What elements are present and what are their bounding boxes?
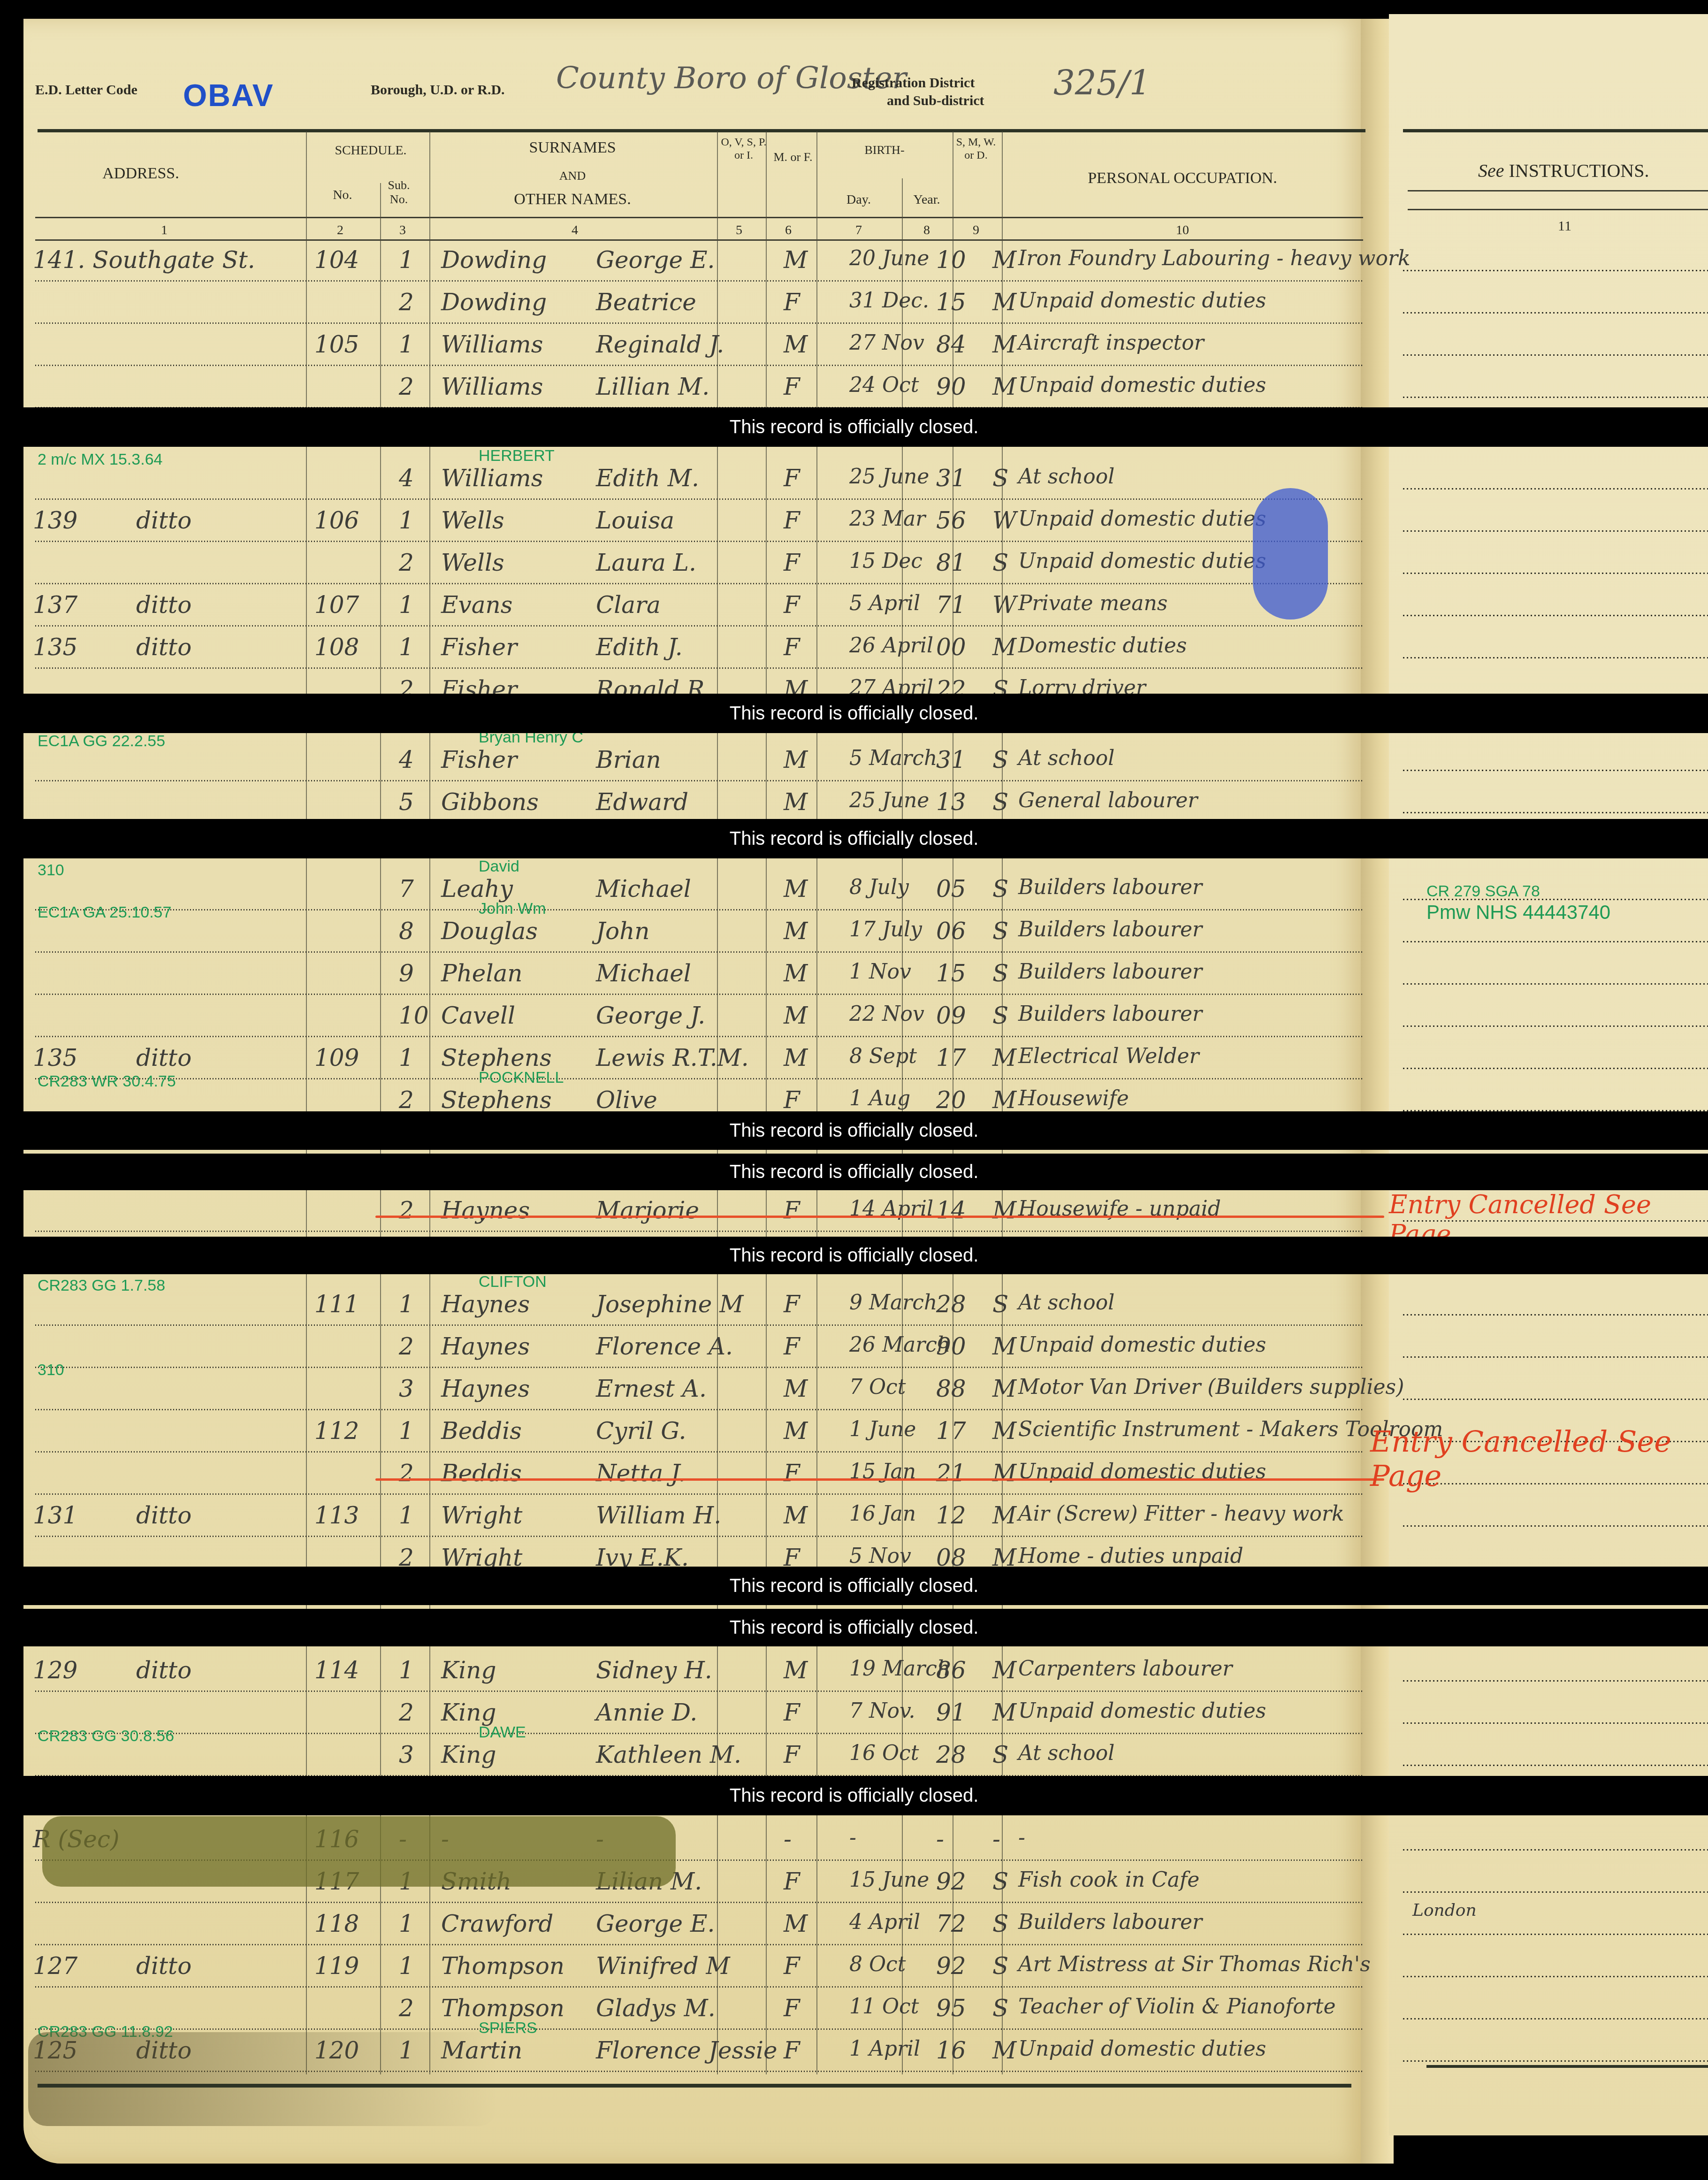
closed-record-banner: This record is officially closed. — [0, 1111, 1708, 1150]
table-row: 1121BeddisCyril G.M1 June17MScientific I… — [28, 1413, 1365, 1454]
row-rule — [35, 994, 1363, 995]
cell-day: - — [849, 1826, 856, 1850]
cell-day: 5 Nov — [849, 1544, 911, 1568]
instructions-row-rule — [1403, 1068, 1708, 1069]
instructions-row-rule — [1403, 615, 1708, 616]
cell-occupation: Motor Van Driver (Builders supplies) — [1018, 1375, 1404, 1399]
cell-year: 86 — [936, 1657, 966, 1684]
instructions-row-rule — [1403, 812, 1708, 813]
col-sub-no: Sub. No. — [382, 178, 415, 207]
cell-day: 8 Oct — [849, 1952, 906, 1976]
cell-sub: 4 — [399, 465, 414, 492]
cell-schedule: 108 — [314, 634, 359, 661]
cell-surname: Haynes — [441, 1375, 530, 1402]
cell-marital: M — [992, 1502, 1016, 1529]
cell-marital: S — [992, 1995, 1008, 2022]
cell-occupation: At school — [1018, 1291, 1114, 1315]
name-amendment-annotation: John Wm — [479, 900, 546, 918]
row-rule — [35, 1036, 1363, 1037]
cell-marital: S — [992, 1291, 1008, 1318]
cell-surname: Dowding — [441, 289, 547, 316]
cell-sub: 1 — [399, 1502, 414, 1529]
col-names-2: AND — [436, 169, 709, 183]
margin-note: 2 m/c MX 15.3.64 — [38, 451, 162, 469]
cell-marital: M — [992, 1375, 1016, 1402]
cell-occupation: Unpaid domestic duties — [1018, 1699, 1266, 1723]
row-rule — [35, 280, 1363, 282]
cell-year: 00 — [936, 634, 966, 661]
cell-sex: F — [784, 1291, 800, 1318]
cell-surname: Wright — [441, 1502, 522, 1529]
cell-marital: M — [992, 246, 1016, 274]
table-row: 8DouglasJohnM17 July06SBuilders labourer… — [28, 913, 1365, 954]
header-rule-right — [1403, 129, 1708, 132]
cell-marital: S — [992, 788, 1008, 816]
instructions-row-rule — [1403, 1680, 1708, 1682]
cell-sex: M — [784, 1417, 808, 1445]
name-amendment-annotation: HERBERT — [479, 447, 555, 465]
cell-surname: Cavell — [441, 1002, 515, 1029]
registration-district-label: Registration District — [852, 75, 975, 91]
cell-year: 90 — [936, 373, 966, 400]
cell-day: 5 April — [849, 591, 920, 615]
col-ovsp: O, V, S, P. or I. — [720, 136, 767, 162]
cell-schedule: 119 — [314, 1952, 359, 1980]
cell-marital: M — [992, 1657, 1016, 1684]
subheader-rule — [35, 217, 1363, 218]
cell-occupation: Builders labourer — [1018, 875, 1202, 899]
name-amendment-annotation: DAWE — [479, 1723, 526, 1742]
cell-sub: 1 — [399, 591, 414, 619]
cell-surname: Thompson — [441, 1995, 564, 2022]
cell-sub: 1 — [399, 331, 414, 358]
cell-marital: S — [992, 875, 1008, 903]
cell-first: Edith M. — [596, 465, 699, 492]
cell-day: 26 April — [849, 634, 933, 658]
instructions-row-rule — [1403, 312, 1708, 314]
instructions-row-rule — [1403, 1891, 1708, 1893]
cell-surname: King — [441, 1657, 496, 1684]
cell-address: 131 — [33, 1502, 77, 1529]
closed-record-banner: This record is officially closed. — [0, 819, 1708, 858]
table-row: 9PhelanMichaelM1 Nov15SBuilders labourer — [28, 955, 1365, 996]
col-number-8: 8 — [917, 223, 936, 238]
table-row: 2DowdingBeatriceF31 Dec.15MUnpaid domest… — [28, 284, 1365, 325]
cell-occupation: Carpenters labourer — [1018, 1657, 1232, 1681]
cell-day: 7 Nov. — [849, 1699, 915, 1723]
cell-day: 19 March — [849, 1657, 950, 1681]
table-row: 139ditto1061WellsLouisaF23 Mar56WUnpaid … — [28, 502, 1365, 543]
cell-year: 14 — [936, 1197, 966, 1224]
cell-day: 26 March — [849, 1333, 950, 1357]
registration-district-value: 325/1 — [1053, 63, 1151, 103]
cell-sex: M — [784, 246, 808, 274]
cell-surname: Williams — [441, 373, 543, 400]
cell-occupation: At school — [1018, 746, 1114, 770]
cell-sex: F — [784, 1086, 800, 1114]
cell-year: 17 — [936, 1417, 966, 1445]
cell-year: 16 — [936, 2037, 966, 2064]
col-occupation: PERSONAL OCCUPATION. — [1004, 169, 1361, 187]
cell-marital: M — [992, 1333, 1016, 1360]
entry-cancelled-note-2: Entry Cancelled See Page — [1370, 1424, 1708, 1493]
cell-ditto: ditto — [136, 1502, 191, 1529]
cell-first: Olive — [596, 1086, 657, 1114]
cell-occupation: Builders labourer — [1018, 1002, 1202, 1026]
name-amendment-annotation: David — [479, 857, 519, 876]
row-rule — [35, 322, 1363, 324]
cell-first: Florence A. — [596, 1333, 733, 1360]
cell-year: 15 — [936, 289, 966, 316]
cell-occupation: Home - duties unpaid — [1018, 1544, 1243, 1568]
col-number-7: 7 — [849, 223, 868, 238]
cell-marital: S — [992, 918, 1008, 945]
margin-note: EC1A GA 25.10.57 — [38, 903, 171, 922]
cell-year: 06 — [936, 918, 966, 945]
cell-surname: Haynes — [441, 1197, 530, 1224]
cell-first: Michael — [596, 875, 691, 903]
cell-sex: M — [784, 1910, 808, 1937]
row-rule — [35, 1986, 1363, 1988]
cell-sub: 1 — [399, 1952, 414, 1980]
cell-marital: M — [992, 1699, 1016, 1726]
table-row: 4WilliamsEdith M.F25 June31SAt schoolHER… — [28, 460, 1365, 501]
cancellation-strike — [375, 1478, 1384, 1481]
cell-year: 13 — [936, 788, 966, 816]
cell-sex: M — [784, 788, 808, 816]
cell-sex: M — [784, 1502, 808, 1529]
cell-year: 81 — [936, 549, 966, 576]
cell-schedule: 105 — [314, 331, 359, 358]
cell-first: John — [596, 918, 650, 945]
cell-year: 05 — [936, 875, 966, 903]
cell-year: 12 — [936, 1502, 966, 1529]
cell-sub: 4 — [399, 746, 414, 773]
cell-sex: M — [784, 875, 808, 903]
cell-surname: Dowding — [441, 246, 547, 274]
cell-sub: 1 — [399, 634, 414, 661]
cell-first: Florence Jessie — [596, 2037, 778, 2064]
col-address: ADDRESS. — [70, 164, 211, 183]
table-row: 137ditto1071EvansClaraF5 April71WPrivate… — [28, 587, 1365, 628]
row-rule — [35, 1536, 1363, 1537]
row-rule — [35, 1690, 1363, 1692]
cell-first: Cyril G. — [596, 1417, 686, 1445]
col-number-10: 10 — [1173, 223, 1192, 238]
row-rule — [35, 1367, 1363, 1368]
cell-surname: Williams — [441, 331, 543, 358]
footer-rule-right — [1426, 2065, 1708, 2068]
cell-occupation: Air (Screw) Fitter - heavy work — [1018, 1502, 1344, 1526]
cell-first: William H. — [596, 1502, 721, 1529]
cell-year: 71 — [936, 591, 966, 619]
margin-note: CR283 GG 1.7.58 — [38, 1277, 165, 1295]
cell-first: Netta J. — [596, 1460, 686, 1487]
cell-occupation: Unpaid domestic duties — [1018, 1333, 1266, 1357]
row-rule — [35, 951, 1363, 953]
margin-note: 310 — [38, 861, 64, 880]
cell-occupation: Domestic duties — [1018, 634, 1187, 658]
instructions-row-rule — [1403, 941, 1708, 942]
table-row: 7LeahyMichaelM8 July05SBuilders labourer… — [28, 871, 1365, 912]
row-rule — [35, 541, 1363, 542]
cell-marital: S — [992, 549, 1008, 576]
cell-first: Lillian M. — [596, 373, 709, 400]
row-rule — [35, 1451, 1363, 1453]
col-schedule-no: No. — [312, 188, 373, 203]
instructions-page — [1389, 14, 1708, 2135]
cell-address: 141. Southgate St. — [33, 246, 255, 274]
cell-occupation: Unpaid domestic duties — [1018, 507, 1266, 531]
cell-occupation: Unpaid domestic duties — [1018, 289, 1266, 313]
cell-sex: F — [784, 1699, 800, 1726]
cell-occupation: Iron Foundry Labouring - heavy work — [1018, 246, 1411, 270]
col-names-3: OTHER NAMES. — [436, 190, 709, 208]
cell-year: 21 — [936, 1460, 966, 1487]
table-row: 129ditto1141KingSidney H.M19 March86MCar… — [28, 1652, 1365, 1693]
rp-rule-2 — [1408, 209, 1708, 210]
cell-sub: 2 — [399, 1333, 414, 1360]
instructions-row-rule — [1403, 1765, 1708, 1766]
cell-year: 84 — [936, 331, 966, 358]
cell-address: 135 — [33, 1044, 77, 1071]
row-rule — [35, 1324, 1363, 1326]
name-amendment-annotation: CLIFTON — [479, 1273, 547, 1291]
cell-day: 15 June — [849, 1868, 929, 1892]
cell-marital: M — [992, 1197, 1016, 1224]
cell-day: 31 Dec. — [849, 289, 929, 313]
cell-marital: M — [992, 1417, 1016, 1445]
cell-surname: King — [441, 1741, 496, 1768]
cell-sub: 3 — [399, 1375, 414, 1402]
cell-ditto: ditto — [136, 591, 191, 619]
closed-record-banner: This record is officially closed. — [0, 1237, 1708, 1274]
cell-day: 1 Nov — [849, 960, 911, 984]
cell-schedule: 112 — [314, 1417, 359, 1445]
cell-surname: Stephens — [441, 1086, 552, 1114]
row-rule — [35, 1078, 1363, 1079]
cell-first: George E. — [596, 246, 715, 274]
cell-surname: Fisher — [441, 746, 517, 773]
cell-schedule: 109 — [314, 1044, 359, 1071]
cell-surname: Wells — [441, 507, 504, 534]
col-marital: S, M, W. or D. — [953, 136, 999, 162]
cell-marital: S — [992, 465, 1008, 492]
cell-surname: Beddis — [441, 1417, 522, 1445]
cell-ditto: ditto — [136, 1657, 191, 1684]
cell-sub: 1 — [399, 1657, 414, 1684]
cell-first: Ernest A. — [596, 1375, 707, 1402]
cell-first: Laura L. — [596, 549, 696, 576]
cell-year: 09 — [936, 1002, 966, 1029]
cell-marital: S — [992, 1868, 1008, 1895]
cell-marital: M — [992, 2037, 1016, 2064]
instructions-row-rule — [1403, 657, 1708, 658]
row-rule — [35, 1733, 1363, 1734]
cell-marital: M — [992, 373, 1016, 400]
cell-sub: 3 — [399, 1741, 414, 1768]
table-row: 131ditto1131WrightWilliam H.M16 Jan12MAi… — [28, 1497, 1365, 1538]
cell-address: 139 — [33, 507, 77, 534]
cell-schedule: 104 — [314, 246, 359, 274]
cell-surname: Wells — [441, 549, 504, 576]
cell-sub: 2 — [399, 1197, 414, 1224]
cell-sex: F — [784, 373, 800, 400]
borough-label: Borough, U.D. or R.D. — [371, 82, 505, 98]
closed-record-banner: This record is officially closed. — [0, 1776, 1708, 1815]
cell-sex: M — [784, 331, 808, 358]
cell-sex: M — [784, 1375, 808, 1402]
table-row: 2KingAnnie D.F7 Nov.91MUnpaid domestic d… — [28, 1694, 1365, 1736]
footer-rule — [38, 2084, 1351, 2088]
cell-first: Michael — [596, 960, 691, 987]
cell-surname: Beddis — [441, 1460, 522, 1487]
cell-surname: Gibbons — [441, 788, 539, 816]
cell-sex: F — [784, 1952, 800, 1980]
cell-day: 5 March — [849, 746, 937, 770]
header-rule — [38, 129, 1365, 132]
cell-surname: King — [441, 1699, 496, 1726]
cell-occupation: Builders labourer — [1018, 1910, 1202, 1934]
cell-ditto: ditto — [136, 634, 191, 661]
col-number-5: 5 — [730, 223, 748, 238]
cell-occupation: General labourer — [1018, 788, 1197, 812]
cell-sub: 2 — [399, 1995, 414, 2022]
cell-day: 15 Dec — [849, 549, 923, 573]
row-rule — [35, 498, 1363, 500]
cell-day: 25 June — [849, 788, 929, 812]
table-row: 2WilliamsLillian M.F24 Oct90MUnpaid dome… — [28, 368, 1365, 410]
col-instructions: See INSTRUCTIONS. — [1478, 160, 1649, 182]
cell-occupation: Unpaid domestic duties — [1018, 549, 1266, 573]
cell-ditto: ditto — [136, 507, 191, 534]
cell-occupation: Unpaid domestic duties — [1018, 2037, 1266, 2061]
cell-sex: F — [784, 549, 800, 576]
table-row: 1051WilliamsReginald J.M27 Nov84MAircraf… — [28, 326, 1365, 367]
name-amendment-annotation: POCKNELL — [479, 1069, 564, 1087]
cell-sub: 9 — [399, 960, 414, 987]
col-sex: M. or F. — [770, 150, 816, 164]
cell-first: Marjorie — [596, 1197, 699, 1224]
cell-sex: F — [784, 1333, 800, 1360]
cell-year: 10 — [936, 246, 966, 274]
cell-first: Reginald J. — [596, 331, 724, 358]
cell-sex: F — [784, 1460, 800, 1487]
cell-sex: M — [784, 960, 808, 987]
cell-day: 22 Nov — [849, 1002, 924, 1026]
instructions-row-rule — [1403, 1525, 1708, 1527]
instructions-row-rule — [1403, 1849, 1708, 1851]
cell-occupation: - — [1018, 1826, 1025, 1850]
cell-surname: Stephens — [441, 1044, 552, 1071]
adhesive-stain — [42, 1816, 676, 1887]
margin-note: CR283 GG 30.8.56 — [38, 1727, 174, 1745]
cell-marital: M — [992, 1044, 1016, 1071]
ed-letter-code-stamp: OBAV — [183, 77, 274, 113]
cell-occupation: Private means — [1018, 591, 1167, 615]
cell-year: 20 — [936, 1086, 966, 1114]
cell-first: Lewis R.T.M. — [596, 1044, 749, 1071]
col-number-1: 1 — [155, 223, 174, 238]
cell-schedule: 113 — [314, 1502, 359, 1529]
cell-sub: 1 — [399, 1044, 414, 1071]
instructions-row-rule — [1403, 1399, 1708, 1400]
cell-sex: - — [784, 1826, 792, 1853]
cell-marital: W — [992, 507, 1016, 534]
cell-marital: S — [992, 1952, 1008, 1980]
cell-first: George J. — [596, 1002, 705, 1029]
cell-first: Brian — [596, 746, 661, 773]
cell-marital: - — [992, 1826, 1000, 1853]
margin-note: 310 — [38, 1361, 64, 1379]
cell-surname: Leahy — [441, 875, 513, 903]
col-names-1: SURNAMES — [436, 138, 709, 157]
table-row: 10CavellGeorge J.M22 Nov09SBuilders labo… — [28, 997, 1365, 1039]
cell-schedule: 118 — [314, 1910, 359, 1937]
row-rule — [35, 583, 1363, 584]
cell-day: 27 Nov — [849, 331, 924, 355]
cell-ditto: ditto — [136, 1044, 191, 1071]
cell-surname: Phelan — [441, 960, 522, 987]
cell-sex: M — [784, 1044, 808, 1071]
instructions-row-rule — [1403, 1722, 1708, 1724]
cell-address: 137 — [33, 591, 77, 619]
table-row: 141. Southgate St.1041DowdingGeorge E.M2… — [28, 242, 1365, 283]
cell-sub: 2 — [399, 1460, 414, 1487]
cell-sex: M — [784, 918, 808, 945]
instructions-row-rule — [1403, 354, 1708, 356]
rp-rule-1 — [1408, 190, 1708, 191]
table-row: 2HaynesMarjorieF14 April14MHousewife - u… — [28, 1192, 1365, 1233]
cell-occupation: Electrical Welder — [1018, 1044, 1199, 1068]
cell-occupation: At school — [1018, 1741, 1114, 1765]
cell-sex: F — [784, 634, 800, 661]
table-row: 2HaynesFlorence A.F26 March90MUnpaid dom… — [28, 1328, 1365, 1369]
cell-first: George E. — [596, 1910, 715, 1937]
row-rule — [35, 909, 1363, 910]
instructions-row-rule — [1403, 573, 1708, 574]
row-rule — [35, 780, 1363, 781]
cell-marital: W — [992, 591, 1016, 619]
cell-sub: 2 — [399, 1699, 414, 1726]
cell-sub: 2 — [399, 1086, 414, 1114]
instructions-row-rule — [1403, 1356, 1708, 1358]
instructions-row-rule — [1403, 1976, 1708, 1977]
cell-schedule: 106 — [314, 507, 359, 534]
closed-record-banner: This record is officially closed. — [0, 407, 1708, 447]
cell-day: 20 June — [849, 246, 929, 270]
closed-record-banner: This record is officially closed. — [0, 1567, 1708, 1605]
table-row: 2WellsLaura L.F15 Dec81SUnpaid domestic … — [28, 544, 1365, 586]
cell-surname: Haynes — [441, 1333, 530, 1360]
row-rule — [35, 1409, 1363, 1410]
cell-year: 28 — [936, 1741, 966, 1768]
cell-sub: 1 — [399, 507, 414, 534]
closed-record-banner: This record is officially closed. — [0, 1154, 1708, 1190]
col-number-3: 3 — [393, 223, 412, 238]
ed-letter-code-label: E.D. Letter Code — [35, 82, 137, 98]
cell-day: 24 Oct — [849, 373, 919, 397]
cell-first: Beatrice — [596, 289, 696, 316]
subheader-rule-2 — [35, 239, 1363, 241]
table-row: 2ThompsonGladys M.F11 Oct95STeacher of V… — [28, 1990, 1365, 2031]
cell-occupation: Unpaid domestic duties — [1018, 373, 1266, 397]
instructions-row-rule — [1403, 1934, 1708, 1935]
cell-marital: M — [992, 634, 1016, 661]
cell-first: Josephine M — [596, 1291, 743, 1318]
instructions-row-rule — [1403, 397, 1708, 398]
cell-schedule: 114 — [314, 1657, 359, 1684]
